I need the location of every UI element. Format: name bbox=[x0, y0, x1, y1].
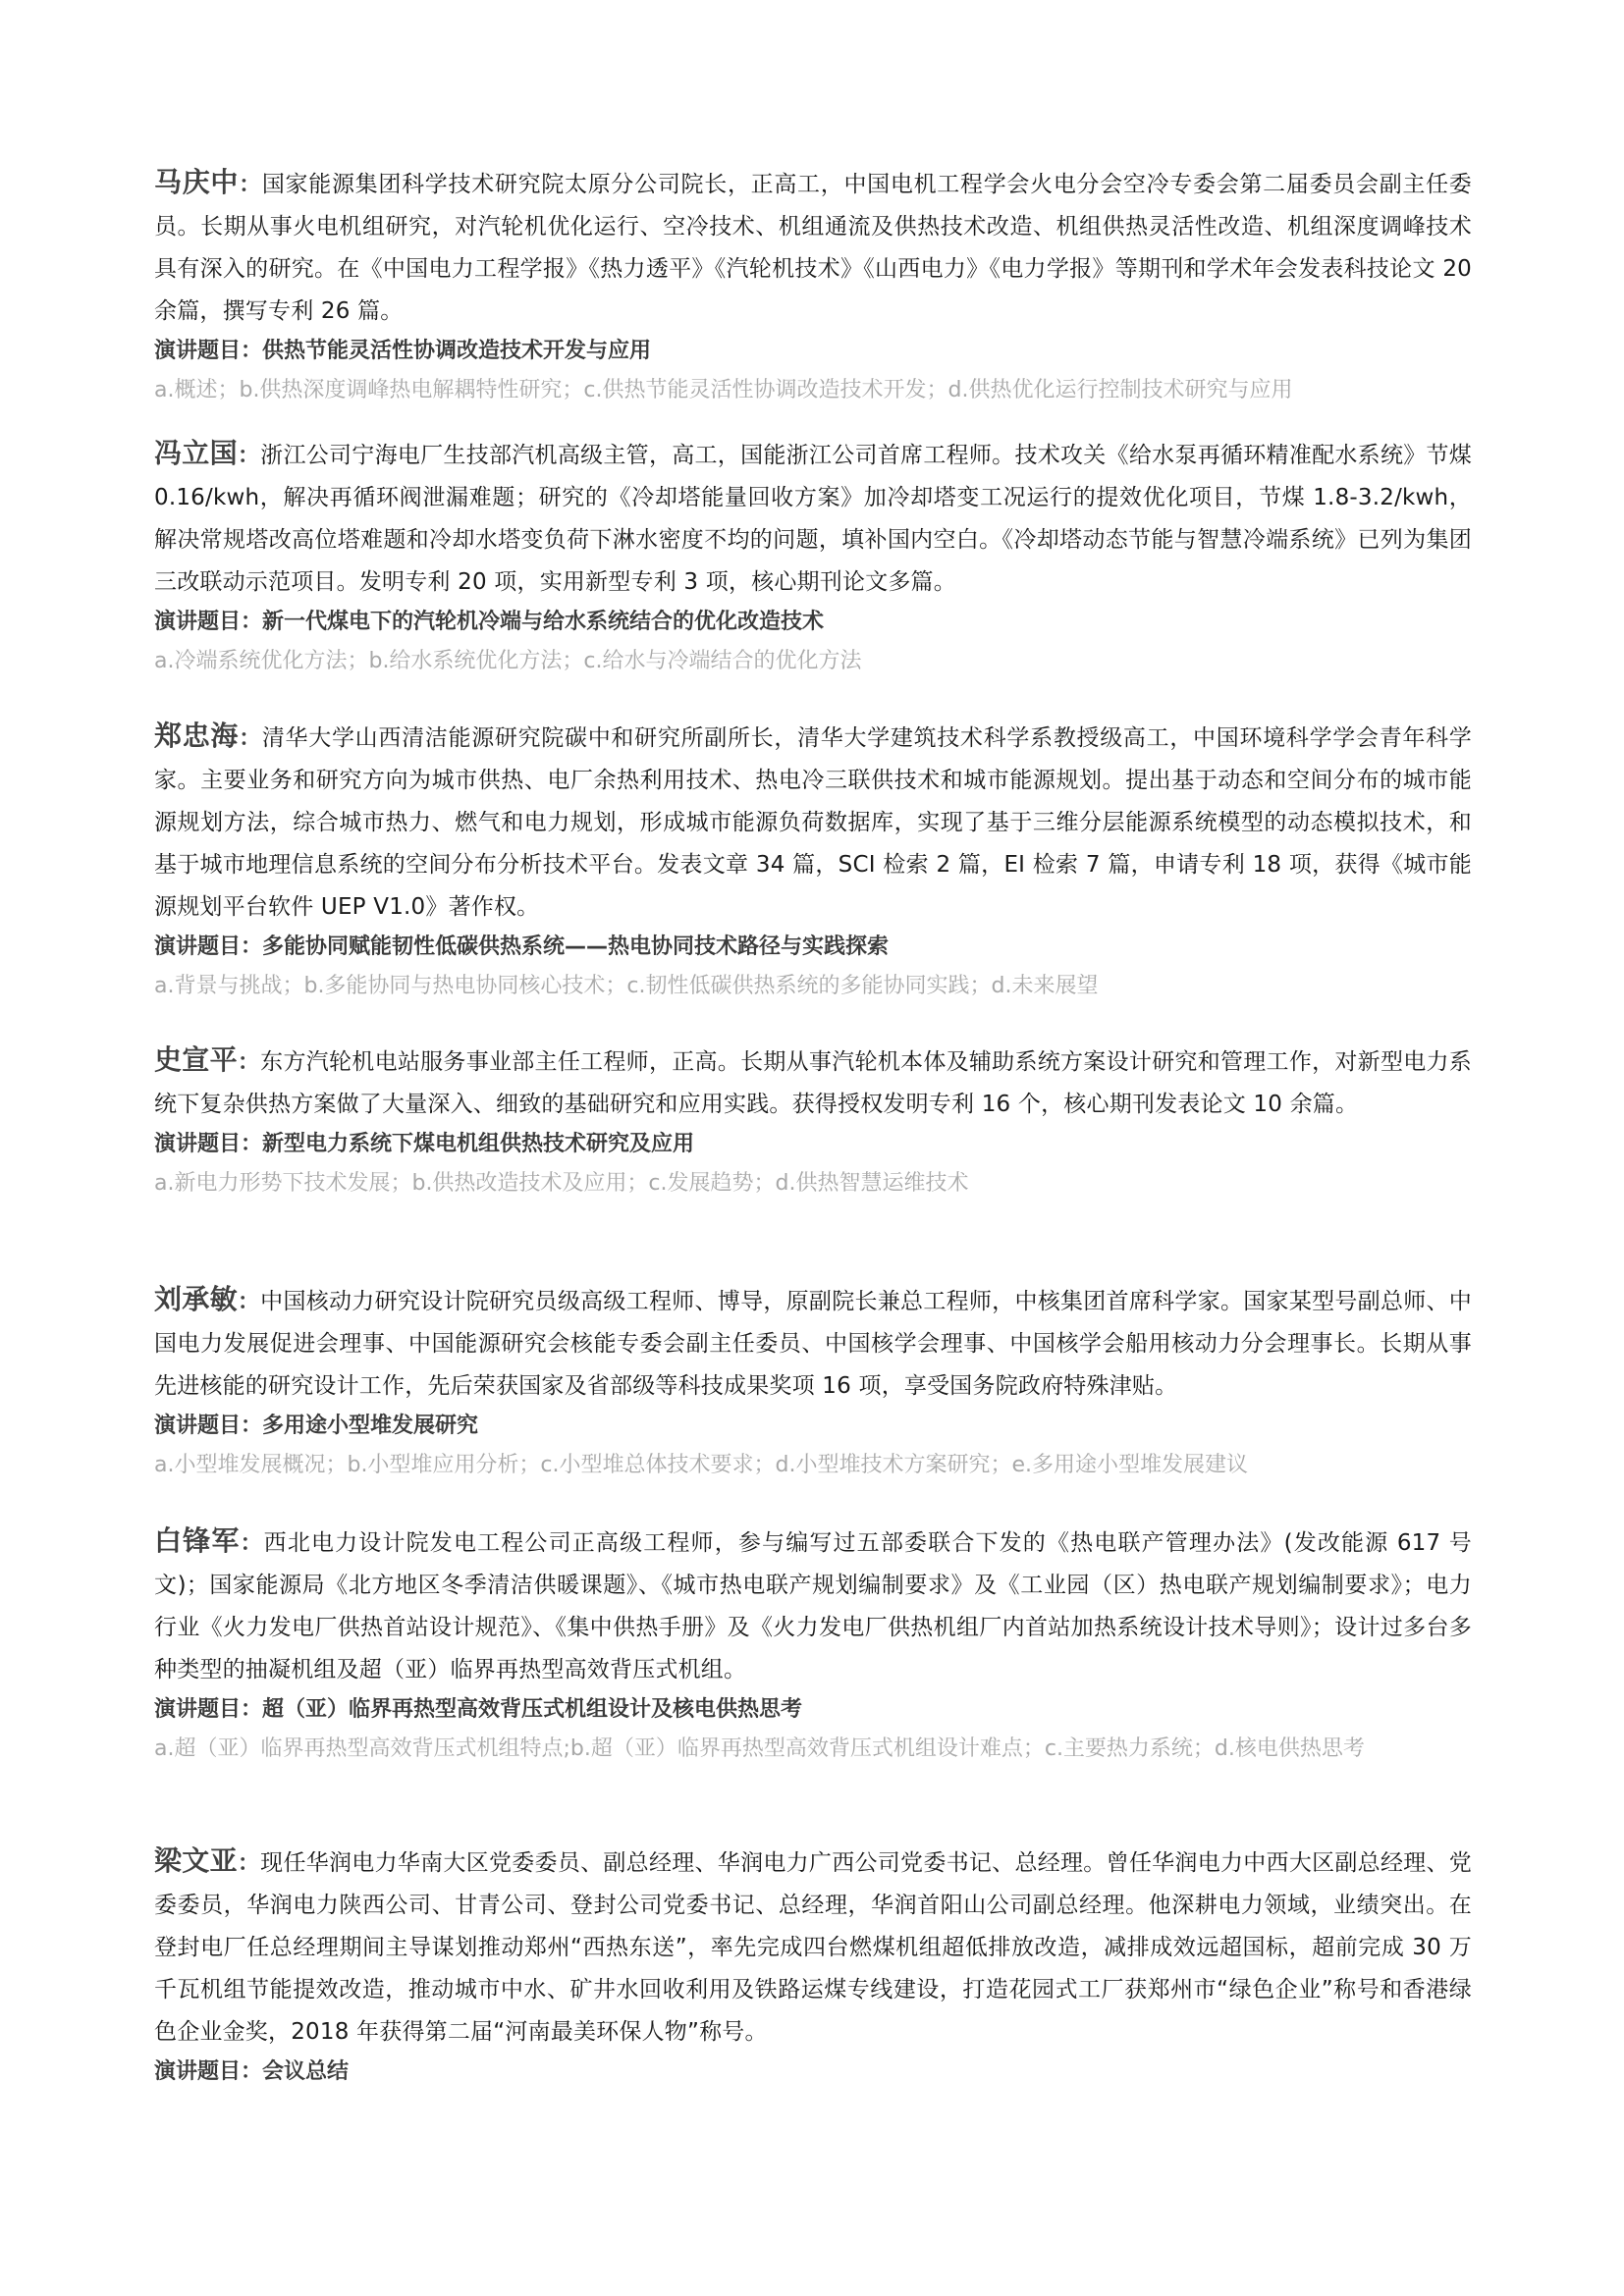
speaker-bio: 中国核动力研究设计院研究员级高级工程师、博导，原副院长兼总工程师，中核集团首席科… bbox=[154, 1289, 1472, 1399]
speaker-name-colon: ： bbox=[239, 172, 262, 197]
speaker-entry: 白锋军：西北电力设计院发电工程公司正高级工程师，参与编写过五部委联合下发的《热电… bbox=[154, 1520, 1472, 1769]
speaker-bio: 现任华润电力华南大区党委委员、副总经理、华润电力广西公司党委书记、总经理。曾任华… bbox=[154, 1850, 1472, 2045]
speaker-bio-paragraph: 冯立国：浙江公司宁海电厂生技部汽机高级主管，高工，国能浙江公司首席工程师。技术攻… bbox=[154, 432, 1472, 604]
speech-topic-label: 演讲题目： bbox=[154, 934, 262, 959]
speech-topic-label: 演讲题目： bbox=[154, 610, 262, 634]
speaker-name: 史宣平 bbox=[154, 1043, 238, 1076]
speaker-bio-paragraph: 白锋军：西北电力设计院发电工程公司正高级工程师，参与编写过五部委联合下发的《热电… bbox=[154, 1520, 1472, 1691]
speaker-bio: 东方汽轮机电站服务事业部主任工程师，正高。长期从事汽轮机本体及辅助系统方案设计研… bbox=[154, 1049, 1472, 1117]
speaker-bio-paragraph: 郑忠海：清华大学山西清洁能源研究院碳中和研究所副所长，清华大学建筑技术科学系教授… bbox=[154, 715, 1472, 929]
speaker-bio-paragraph: 马庆中：国家能源集团科学技术研究院太原分公司院长，正高工，中国电机工程学会火电分… bbox=[154, 161, 1472, 333]
speaker-name: 白锋军 bbox=[154, 1524, 240, 1557]
speech-topic-label: 演讲题目： bbox=[154, 339, 262, 363]
speaker-entry: 冯立国：浙江公司宁海电厂生技部汽机高级主管，高工，国能浙江公司首席工程师。技术攻… bbox=[154, 432, 1472, 681]
speaker-entry: 梁文亚：现任华润电力华南大区党委委员、副总经理、华润电力广西公司党委书记、总经理… bbox=[154, 1840, 1472, 2091]
speech-outline: a.小型堆发展概况；b.小型堆应用分析；c.小型堆总体技术要求；d.小型堆技术方… bbox=[154, 1445, 1472, 1485]
speaker-bio-paragraph: 梁文亚：现任华润电力华南大区党委委员、副总经理、华润电力广西公司党委书记、总经理… bbox=[154, 1840, 1472, 2054]
speech-topic-label: 演讲题目： bbox=[154, 1697, 262, 1722]
speech-topic-label: 演讲题目： bbox=[154, 1132, 262, 1156]
speech-outline: a.背景与挑战；b.多能协同与热电协同核心技术；c.韧性低碳供热系统的多能协同实… bbox=[154, 966, 1472, 1006]
speech-topic-label: 演讲题目： bbox=[154, 2059, 262, 2084]
speech-topic: 演讲题目：超（亚）临界再热型高效背压式机组设计及核电供热思考 bbox=[154, 1691, 1472, 1729]
speaker-name: 郑忠海 bbox=[154, 720, 239, 752]
speaker-name-colon: ： bbox=[240, 1530, 263, 1556]
speaker-bio: 西北电力设计院发电工程公司正高级工程师，参与编写过五部委联合下发的《热电联产管理… bbox=[154, 1530, 1472, 1682]
speech-outline: a.冷端系统优化方法；b.给水系统优化方法；c.给水与冷端结合的优化方法 bbox=[154, 641, 1472, 681]
speech-outline: a.新电力形势下技术发展；b.供热改造技术及应用；c.发展趋势；d.供热智慧运维… bbox=[154, 1163, 1472, 1203]
speaker-name-colon: ： bbox=[238, 443, 260, 468]
speech-topic-label: 演讲题目： bbox=[154, 1414, 262, 1438]
speech-topic: 演讲题目：新型电力系统下煤电机组供热技术研究及应用 bbox=[154, 1126, 1472, 1163]
speaker-name: 梁文亚 bbox=[154, 1844, 238, 1877]
speech-topic-title: 多能协同赋能韧性低碳供热系统——热电协同技术路径与实践探索 bbox=[262, 934, 889, 959]
speaker-name-colon: ： bbox=[238, 1289, 260, 1314]
speech-outline: a.概述；b.供热深度调峰热电解耦特性研究；c.供热节能灵活性协调改造技术开发；… bbox=[154, 370, 1472, 410]
speaker-bio: 清华大学山西清洁能源研究院碳中和研究所副所长，清华大学建筑技术科学系教授级高工，… bbox=[154, 725, 1472, 920]
speaker-name: 冯立国 bbox=[154, 437, 238, 469]
speech-topic-title: 新一代煤电下的汽轮机冷端与给水系统结合的优化改造技术 bbox=[262, 610, 824, 634]
speaker-bio: 浙江公司宁海电厂生技部汽机高级主管，高工，国能浙江公司首席工程师。技术攻关《给水… bbox=[154, 443, 1472, 595]
speaker-bio: 国家能源集团科学技术研究院太原分公司院长，正高工，中国电机工程学会火电分会空冷专… bbox=[154, 172, 1472, 324]
speech-topic-title: 新型电力系统下煤电机组供热技术研究及应用 bbox=[262, 1132, 694, 1156]
speaker-name-colon: ： bbox=[238, 1049, 260, 1075]
speaker-bio-paragraph: 刘承敏：中国核动力研究设计院研究员级高级工程师、博导，原副院长兼总工程师，中核集… bbox=[154, 1278, 1472, 1408]
speaker-entry: 史宣平：东方汽轮机电站服务事业部主任工程师，正高。长期从事汽轮机本体及辅助系统方… bbox=[154, 1039, 1472, 1203]
speech-topic: 演讲题目：供热节能灵活性协调改造技术开发与应用 bbox=[154, 333, 1472, 370]
speech-topic-title: 供热节能灵活性协调改造技术开发与应用 bbox=[262, 339, 651, 363]
speech-topic-title: 多用途小型堆发展研究 bbox=[262, 1414, 478, 1438]
speaker-name-colon: ： bbox=[238, 1850, 260, 1876]
speaker-entry: 郑忠海：清华大学山西清洁能源研究院碳中和研究所副所长，清华大学建筑技术科学系教授… bbox=[154, 715, 1472, 1006]
speech-topic: 演讲题目：新一代煤电下的汽轮机冷端与给水系统结合的优化改造技术 bbox=[154, 604, 1472, 641]
speaker-bio-paragraph: 史宣平：东方汽轮机电站服务事业部主任工程师，正高。长期从事汽轮机本体及辅助系统方… bbox=[154, 1039, 1472, 1126]
speech-outline: a.超（亚）临界再热型高效背压式机组特点;b.超（亚）临界再热型高效背压式机组设… bbox=[154, 1729, 1472, 1769]
speech-topic: 演讲题目：多能协同赋能韧性低碳供热系统——热电协同技术路径与实践探索 bbox=[154, 929, 1472, 966]
speaker-name: 刘承敏 bbox=[154, 1283, 238, 1315]
speech-topic: 演讲题目：多用途小型堆发展研究 bbox=[154, 1408, 1472, 1445]
speech-topic: 演讲题目：会议总结 bbox=[154, 2054, 1472, 2091]
speech-topic-title: 超（亚）临界再热型高效背压式机组设计及核电供热思考 bbox=[262, 1697, 802, 1722]
speaker-name: 马庆中 bbox=[154, 166, 239, 198]
speaker-entry: 马庆中：国家能源集团科学技术研究院太原分公司院长，正高工，中国电机工程学会火电分… bbox=[154, 161, 1472, 410]
speech-topic-title: 会议总结 bbox=[262, 2059, 349, 2084]
speaker-entry: 刘承敏：中国核动力研究设计院研究员级高级工程师、博导，原副院长兼总工程师，中核集… bbox=[154, 1278, 1472, 1485]
speaker-name-colon: ： bbox=[239, 725, 262, 751]
